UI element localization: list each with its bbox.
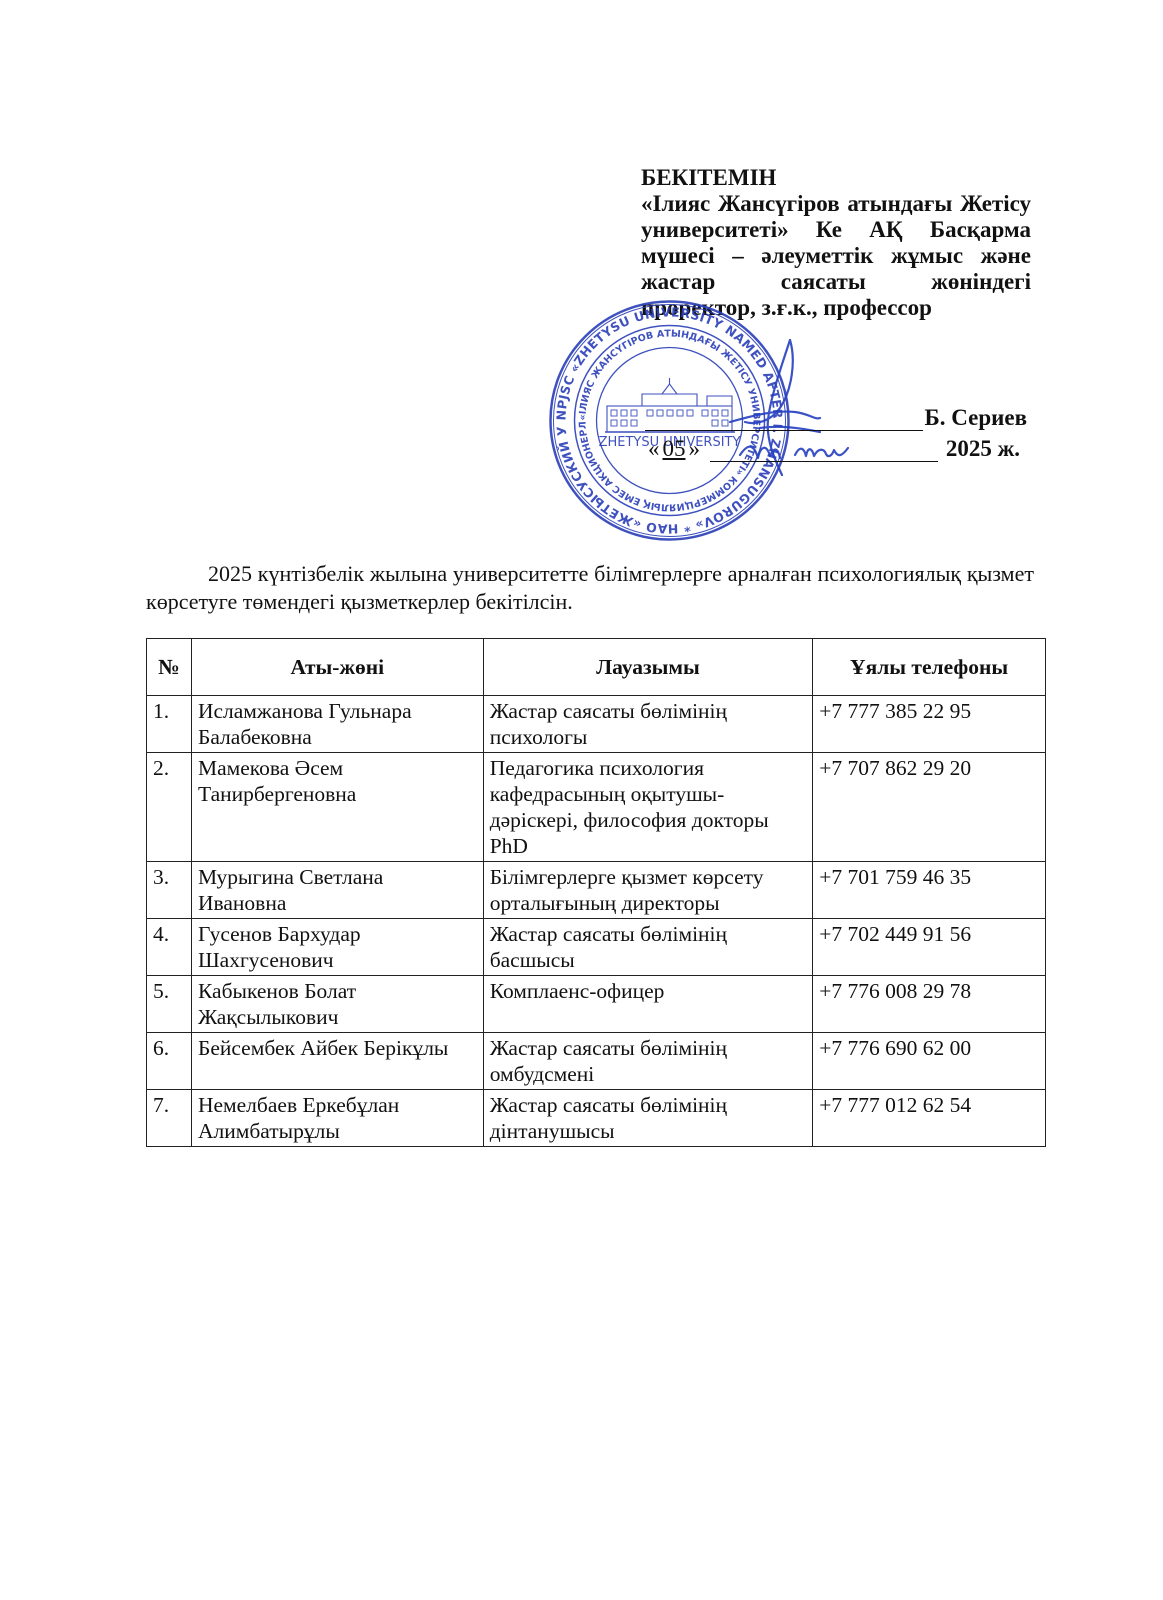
row-phone: +7 702 449 91 56 (813, 919, 1046, 976)
close-quote: » (689, 436, 701, 461)
row-name: Бейсембек Айбек Берікұлы (191, 1033, 483, 1090)
row-name: Гусенов Бархудар Шахгусенович (191, 919, 483, 976)
date-day-value: 05 (660, 436, 689, 461)
row-phone: +7 776 690 62 00 (813, 1033, 1046, 1090)
table-row: 6.Бейсембек Айбек БерікұлыЖастар саясаты… (147, 1033, 1046, 1090)
staff-table: № Аты-жөні Лауазымы Ұялы телефоны 1.Исла… (146, 638, 1046, 1147)
staff-table-body: 1.Исламжанова Гульнара БалабековнаЖастар… (147, 696, 1046, 1147)
row-phone: +7 707 862 29 20 (813, 753, 1046, 862)
date-month-blank (710, 439, 938, 462)
row-name: Мамекова Әсем Танирбергеновна (191, 753, 483, 862)
table-row: 4.Гусенов Бархудар ШахгусеновичЖастар са… (147, 919, 1046, 976)
table-row: 5.Кабыкенов Болат ЖақсылыковичКомплаенс-… (147, 976, 1046, 1033)
row-name: Немелбаев Еркебұлан Алимбатырұлы (191, 1090, 483, 1147)
approval-heading: БЕКІТЕМІН (641, 165, 1031, 191)
signature-name-line: Б. Сериев (645, 405, 1027, 431)
row-name: Кабыкенов Болат Жақсылыкович (191, 976, 483, 1033)
row-number: 2. (147, 753, 192, 862)
row-number: 1. (147, 696, 192, 753)
row-name: Мурыгина Светлана Ивановна (191, 862, 483, 919)
signature-blank (645, 408, 923, 431)
row-number: 3. (147, 862, 192, 919)
table-row: 3.Мурыгина Светлана ИвановнаБілімгерлерг… (147, 862, 1046, 919)
row-position: Жастар саясаты бөлімінің басшысы (483, 919, 813, 976)
row-number: 4. (147, 919, 192, 976)
row-position: Білімгерлерге қызмет көрсету орталығының… (483, 862, 813, 919)
header-number: № (147, 639, 192, 696)
row-phone: +7 701 759 46 35 (813, 862, 1046, 919)
row-name: Исламжанова Гульнара Балабековна (191, 696, 483, 753)
table-row: 7.Немелбаев Еркебұлан АлимбатырұлыЖастар… (147, 1090, 1046, 1147)
signatory-name: Б. Сериев (925, 405, 1027, 431)
row-phone: +7 777 012 62 54 (813, 1090, 1046, 1147)
header-name: Аты-жөні (191, 639, 483, 696)
header-phone: Ұялы телефоны (813, 639, 1046, 696)
date-day: «05» (648, 436, 700, 462)
row-position: Комплаенс-офицер (483, 976, 813, 1033)
table-row: 1.Исламжанова Гульнара БалабековнаЖастар… (147, 696, 1046, 753)
open-quote: « (648, 436, 660, 461)
row-phone: +7 776 008 29 78 (813, 976, 1046, 1033)
header-position: Лауазымы (483, 639, 813, 696)
row-phone: +7 777 385 22 95 (813, 696, 1046, 753)
row-position: Жастар саясаты бөлімінің психологы (483, 696, 813, 753)
row-number: 7. (147, 1090, 192, 1147)
signature-date-line: «05» 2025 ж. (648, 436, 1020, 462)
row-number: 5. (147, 976, 192, 1033)
table-row: 2.Мамекова Әсем ТанирбергеновнаПедагогик… (147, 753, 1046, 862)
intro-paragraph: 2025 күнтізбелік жылына университетте бі… (146, 560, 1034, 616)
row-position: Педагогика психология кафедрасының оқыту… (483, 753, 813, 862)
row-position: Жастар саясаты бөлімінің дінтанушысы (483, 1090, 813, 1147)
date-year: 2025 ж. (946, 436, 1020, 462)
row-number: 6. (147, 1033, 192, 1090)
table-header-row: № Аты-жөні Лауазымы Ұялы телефоны (147, 639, 1046, 696)
row-position: Жастар саясаты бөлімінің омбудсмені (483, 1033, 813, 1090)
